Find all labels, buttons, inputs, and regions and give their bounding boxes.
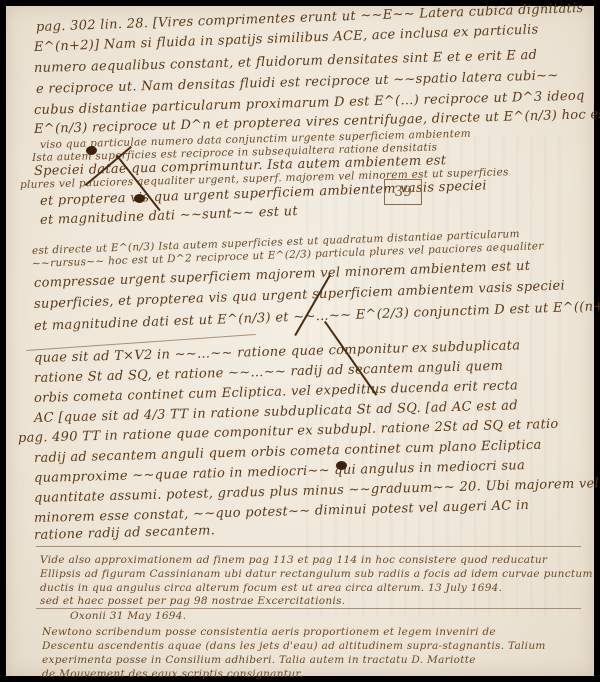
note-line: Ellipsis ad figuram Cassinianam ubi datu… [40, 568, 593, 580]
ink-blot [134, 194, 145, 203]
dateline: Oxonii 31 May 1694. [70, 610, 186, 622]
closing-line: experimenta posse in Consilium adhiberi.… [42, 654, 476, 666]
divider-rule [36, 546, 581, 547]
text-line: ratione radij ad secantem. [34, 523, 215, 543]
note-line: sed et haec posset per pag 98 nostrae Ex… [40, 595, 345, 607]
note-line: Vide also approximationem ad finem pag 1… [40, 554, 547, 566]
closing-line: Newtono scribendum posse consistentia ae… [42, 626, 496, 638]
closing-line: Descentu ascendentis aquae (dans les jet… [42, 640, 546, 652]
note-line: ductis in qua angulus circa alterum focu… [40, 582, 502, 594]
ink-blot [336, 461, 347, 470]
ink-blot [86, 146, 97, 155]
closing-line: de Mouvement des eaux scriptis consignan… [42, 668, 303, 680]
manuscript-page: pag. 302 lin. 28. [Vires comprimentes er… [6, 6, 594, 676]
divider-rule [36, 608, 581, 609]
folio-number: 39 [384, 179, 422, 205]
